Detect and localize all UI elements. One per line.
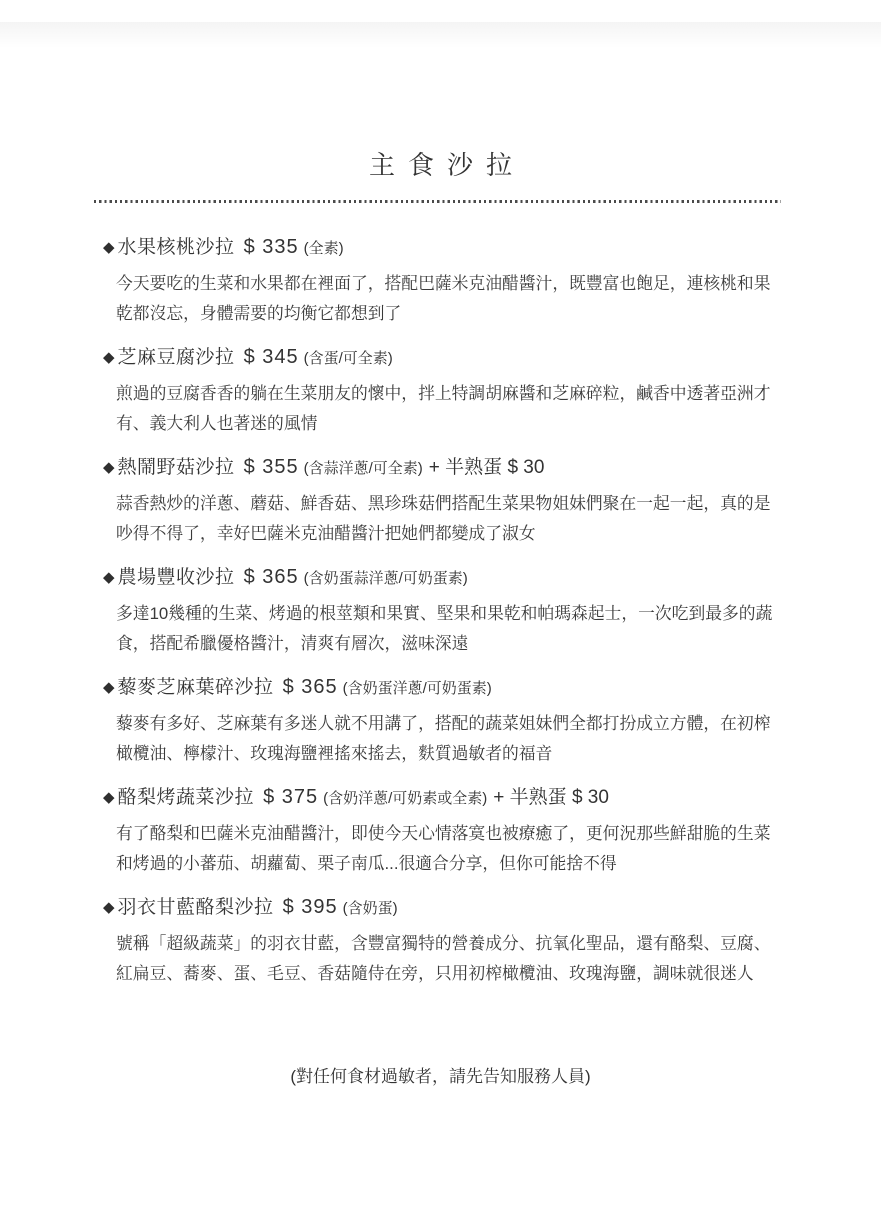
diet-note: (含奶蛋洋蔥/可奶蛋素)	[343, 680, 492, 697]
dish-price: $ 365	[244, 566, 299, 588]
addon-option: + 半熟蛋 $ 30	[493, 787, 609, 808]
menu-item: ◆熱鬧野菇沙拉$ 355(含蒜洋蔥/可全素)+ 半熟蛋 $ 30 蒜香熱炒的洋蔥…	[103, 455, 793, 549]
menu-item: ◆酪梨烤蔬菜沙拉$ 375(含奶洋蔥/可奶素或全素)+ 半熟蛋 $ 30 有了酪…	[103, 785, 793, 879]
menu-list: ◆水果核桃沙拉$ 335(全素) 今天要吃的生菜和水果都在裡面了，搭配巴薩米克油…	[103, 235, 793, 989]
allergy-footer-note: (對任何食材過敏者，請先告知服務人員)	[0, 1065, 881, 1089]
diamond-bullet-icon: ◆	[103, 679, 115, 696]
dish-name: 農場豐收沙拉	[118, 567, 235, 588]
dish-name: 藜麥芝麻葉碎沙拉	[118, 677, 274, 698]
dish-description: 今天要吃的生菜和水果都在裡面了，搭配巴薩米克油醋醬汁，既豐富也飽足，連核桃和果乾…	[116, 269, 784, 329]
diamond-bullet-icon: ◆	[103, 459, 115, 476]
dish-description: 藜麥有多好、芝麻葉有多迷人就不用講了，搭配的蔬菜姐妹們全都打扮成立方體，在初榨橄…	[116, 709, 784, 769]
dish-name: 酪梨烤蔬菜沙拉	[118, 787, 255, 808]
dotted-divider	[94, 200, 781, 203]
dish-description: 號稱「超級蔬菜」的羽衣甘藍，含豐富獨特的營養成分、抗氧化聖品，還有酪梨、豆腐、紅…	[116, 929, 784, 989]
dish-price: $ 395	[283, 896, 338, 918]
item-heading: ◆農場豐收沙拉$ 365(含奶蛋蒜洋蔥/可奶蛋素)	[103, 565, 793, 591]
diamond-bullet-icon: ◆	[103, 239, 115, 256]
diet-note: (全素)	[304, 240, 344, 257]
item-heading: ◆芝麻豆腐沙拉$ 345(含蛋/可全素)	[103, 345, 793, 371]
dish-name: 羽衣甘藍酪梨沙拉	[118, 897, 274, 918]
dish-description: 有了酪梨和巴薩米克油醋醬汁，即使今天心情落寞也被療癒了，更何況那些鮮甜脆的生菜和…	[116, 819, 784, 879]
dish-price: $ 365	[283, 676, 338, 698]
dish-price: $ 375	[263, 786, 318, 808]
dish-description: 煎過的豆腐香香的躺在生菜朋友的懷中，拌上特調胡麻醬和芝麻碎粒，鹹香中透著亞洲才有…	[116, 379, 784, 439]
dish-name: 水果核桃沙拉	[118, 237, 235, 258]
menu-item: ◆水果核桃沙拉$ 335(全素) 今天要吃的生菜和水果都在裡面了，搭配巴薩米克油…	[103, 235, 793, 329]
diet-note: (含奶蛋)	[343, 900, 398, 917]
item-heading: ◆水果核桃沙拉$ 335(全素)	[103, 235, 793, 261]
item-heading: ◆羽衣甘藍酪梨沙拉$ 395(含奶蛋)	[103, 895, 793, 921]
page-title: 主食沙拉	[0, 0, 881, 181]
menu-item: ◆藜麥芝麻葉碎沙拉$ 365(含奶蛋洋蔥/可奶蛋素) 藜麥有多好、芝麻葉有多迷人…	[103, 675, 793, 769]
diamond-bullet-icon: ◆	[103, 789, 115, 806]
diet-note: (含蒜洋蔥/可全素)	[304, 460, 423, 477]
menu-page: 主食沙拉 ◆水果核桃沙拉$ 335(全素) 今天要吃的生菜和水果都在裡面了，搭配…	[0, 0, 881, 1217]
item-heading: ◆酪梨烤蔬菜沙拉$ 375(含奶洋蔥/可奶素或全素)+ 半熟蛋 $ 30	[103, 785, 793, 811]
dish-name: 芝麻豆腐沙拉	[118, 347, 235, 368]
dish-name: 熱鬧野菇沙拉	[118, 457, 235, 478]
addon-option: + 半熟蛋 $ 30	[429, 457, 545, 478]
dish-description: 多達10幾種的生菜、烤過的根莖類和果實、堅果和果乾和帕瑪森起士，一次吃到最多的蔬…	[116, 599, 784, 659]
diamond-bullet-icon: ◆	[103, 569, 115, 586]
dish-price: $ 355	[244, 456, 299, 478]
item-heading: ◆熱鬧野菇沙拉$ 355(含蒜洋蔥/可全素)+ 半熟蛋 $ 30	[103, 455, 793, 481]
diamond-bullet-icon: ◆	[103, 899, 115, 916]
menu-item: ◆羽衣甘藍酪梨沙拉$ 395(含奶蛋) 號稱「超級蔬菜」的羽衣甘藍，含豐富獨特的…	[103, 895, 793, 989]
menu-item: ◆農場豐收沙拉$ 365(含奶蛋蒜洋蔥/可奶蛋素) 多達10幾種的生菜、烤過的根…	[103, 565, 793, 659]
diamond-bullet-icon: ◆	[103, 349, 115, 366]
menu-item: ◆芝麻豆腐沙拉$ 345(含蛋/可全素) 煎過的豆腐香香的躺在生菜朋友的懷中，拌…	[103, 345, 793, 439]
dish-description: 蒜香熱炒的洋蔥、蘑菇、鮮香菇、黑珍珠菇們搭配生菜果物姐妹們聚在一起一起，真的是吵…	[116, 489, 784, 549]
item-heading: ◆藜麥芝麻葉碎沙拉$ 365(含奶蛋洋蔥/可奶蛋素)	[103, 675, 793, 701]
diet-note: (含奶蛋蒜洋蔥/可奶蛋素)	[304, 570, 468, 587]
dish-price: $ 345	[244, 346, 299, 368]
dish-price: $ 335	[244, 236, 299, 258]
diet-note: (含奶洋蔥/可奶素或全素)	[323, 790, 487, 807]
diet-note: (含蛋/可全素)	[304, 350, 393, 367]
